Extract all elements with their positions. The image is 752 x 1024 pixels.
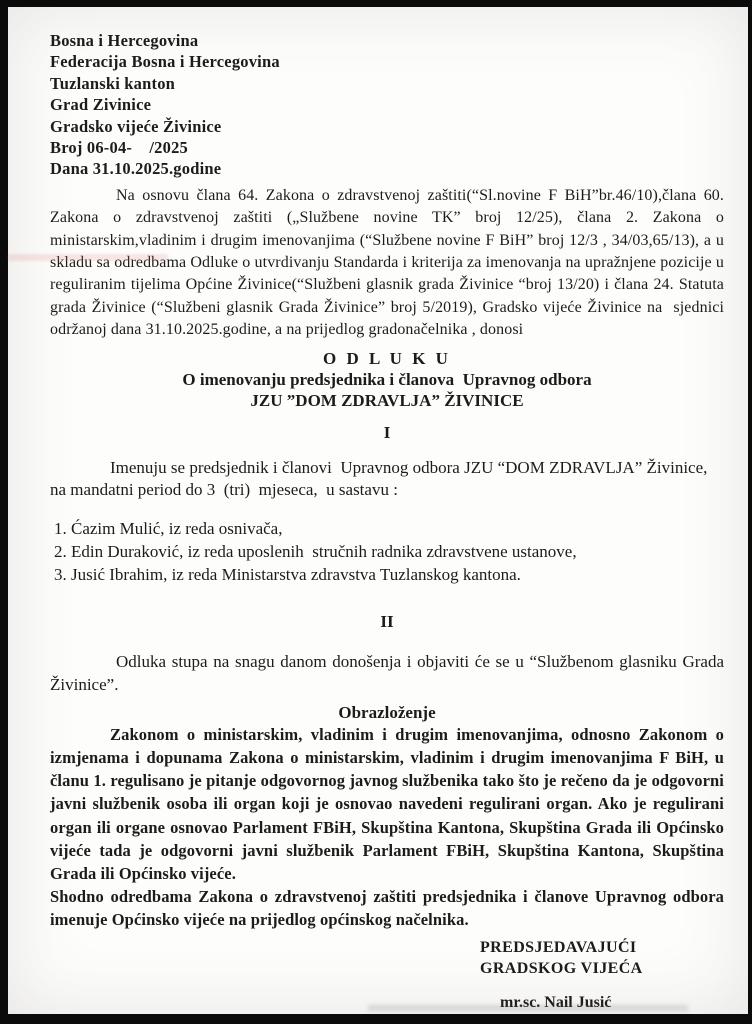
document-content: Bosna i Hercegovina Federacija Bosna i H… [8, 7, 748, 1012]
section-2-marker: II [50, 612, 724, 632]
section-1-intro: Imenuju se predsjednik i članovi Upravno… [50, 457, 724, 502]
scan-artifact [8, 254, 168, 261]
signature-block: PREDSJEDAVAJUĆI GRADSKOG VIJEĆA [480, 937, 724, 979]
member-list: 1. Ćazim Mulić, iz reda osnivača, 2. Edi… [50, 517, 724, 586]
decision-title-block: O D L U K U O imenovanju predsjednika i … [50, 348, 724, 411]
preamble-paragraph: Na osnovu člana 64. Zakona o zdravstveno… [50, 185, 724, 342]
letterhead-line-council: Gradsko vijeće Živinice [50, 116, 724, 137]
document-page: Bosna i Hercegovina Federacija Bosna i H… [8, 7, 748, 1014]
list-item: 1. Ćazim Mulić, iz reda osnivača, [54, 517, 724, 540]
section-2-paragraph: Odluka stupa na snagu danom donošenja i … [50, 650, 724, 696]
letterhead-line-number: Broj 06-04- /2025 [50, 137, 724, 158]
letterhead-line-canton: Tuzlanski kanton [50, 73, 724, 94]
list-item: 3. Jusić Ibrahim, iz reda Ministarstva z… [54, 563, 724, 586]
decision-subtitle: O imenovanju predsjednika i članova Upra… [50, 369, 724, 390]
section-1-marker: I [50, 423, 724, 443]
rationale-paragraph-2: Shodno odredbama Zakona o zdravstvenoj z… [50, 885, 724, 931]
letterhead: Bosna i Hercegovina Federacija Bosna i H… [50, 30, 724, 180]
letterhead-line-date: Dana 31.10.2025.godine [50, 158, 724, 179]
letterhead-line-city: Grad Zivinice [50, 94, 724, 115]
rationale-heading: Obrazloženje [50, 703, 724, 723]
scanned-document: Bosna i Hercegovina Federacija Bosna i H… [0, 0, 752, 1024]
list-item: 2. Edin Duraković, iz reda uposlenih str… [54, 540, 724, 563]
decision-title: O D L U K U [50, 348, 724, 369]
rationale-paragraph-1: Zakonom o ministarskim, vladinim i drugi… [50, 723, 724, 885]
decision-institution: JZU ”DOM ZDRAVLJA” ŽIVINICE [50, 390, 724, 411]
signature-role-line: GRADSKOG VIJEĆA [480, 958, 724, 979]
scan-artifact [368, 1005, 688, 1011]
letterhead-line-federation: Federacija Bosna i Hercegovina [50, 51, 724, 72]
letterhead-line-country: Bosna i Hercegovina [50, 30, 724, 51]
signature-role-line: PREDSJEDAVAJUĆI [480, 937, 724, 958]
